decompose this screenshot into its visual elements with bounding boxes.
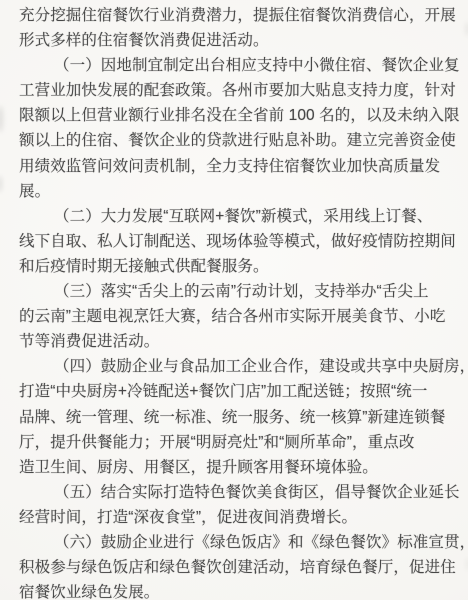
scan-smudge	[0, 106, 3, 132]
text-line: 工营业加快发展的配套政策。各州市要加大贴息支持力度，针对	[19, 78, 456, 103]
text-line-section-2: （二）大力发展“互联网+餐饮”新模式，采用线上订餐、	[19, 204, 456, 229]
text-line: 充分挖掘住宿餐饮行业消费潜力，提振住宿餐饮消费信心，开展	[19, 3, 456, 28]
scan-smudge	[0, 176, 2, 192]
text-line: 形式多样的住宿餐饮消费促进活动。	[19, 28, 456, 53]
text-line: 的云南”主题电视烹饪大赛，结合各州市实际开展美食节、小吃	[19, 304, 456, 329]
text-line-section-6: （六）鼓励企业进行《绿色饭店》和《绿色餐饮》标准宣贯，	[19, 530, 456, 555]
text-line: 节等消费促进活动。	[19, 329, 456, 354]
text-line: 打造“中央厨房+冷链配送+餐饮门店”加工配送链；按照“统一	[19, 379, 456, 404]
text-line: 厅，提升供餐能力；开展“明厨亮灶”和“厕所革命”，重点改	[19, 430, 456, 455]
text-line: 宿餐饮业绿色发展。	[19, 580, 456, 600]
document-text-block: 充分挖掘住宿餐饮行业消费潜力，提振住宿餐饮消费信心，开展 形式多样的住宿餐饮消费…	[19, 3, 456, 600]
text-line-section-5: （五）结合实际打造特色餐饮美食街区，倡导餐饮企业延长	[19, 480, 456, 505]
text-line: 造卫生间、厨房、用餐区，提升顾客用餐环境体验。	[19, 455, 456, 480]
text-line: 积极参与绿色饭店和绿色餐饮创建活动，培育绿色餐厅，促进住	[19, 555, 456, 580]
text-line-section-4: （四）鼓励企业与食品加工企业合作，建设或共享中央厨房，	[19, 354, 456, 379]
text-line: 和后疫情时期无接触式供配餐服务。	[19, 254, 456, 279]
text-line: 额以上的住宿、餐饮企业的贷款进行贴息补助。建立完善资金使	[19, 128, 456, 153]
text-line: 经营时间，打造“深夜食堂”，促进夜间消费增长。	[19, 505, 456, 530]
document-page: 充分挖掘住宿餐饮行业消费潜力，提振住宿餐饮消费信心，开展 形式多样的住宿餐饮消费…	[0, 0, 468, 600]
text-line: 品牌、统一管理、统一标准、统一服务、统一核算”新建连锁餐	[19, 405, 456, 430]
text-line: 展。	[19, 179, 456, 204]
text-line: 线下自取、私人订制配送、现场体验等模式，做好疫情防控期间	[19, 229, 456, 254]
text-line: 用绩效监管问效问责机制，全力支持住宿餐饮业加快高质量发	[19, 154, 456, 179]
text-line: 限额以上但营业额行业排名没在全省前 100 名的，以及未纳入限	[19, 103, 456, 128]
text-line-section-1: （一）因地制宜制定出台相应支持中小微住宿、餐饮企业复	[19, 53, 456, 78]
text-line-section-3: （三）落实“舌尖上的云南”行动计划，支持举办“舌尖上	[19, 279, 456, 304]
